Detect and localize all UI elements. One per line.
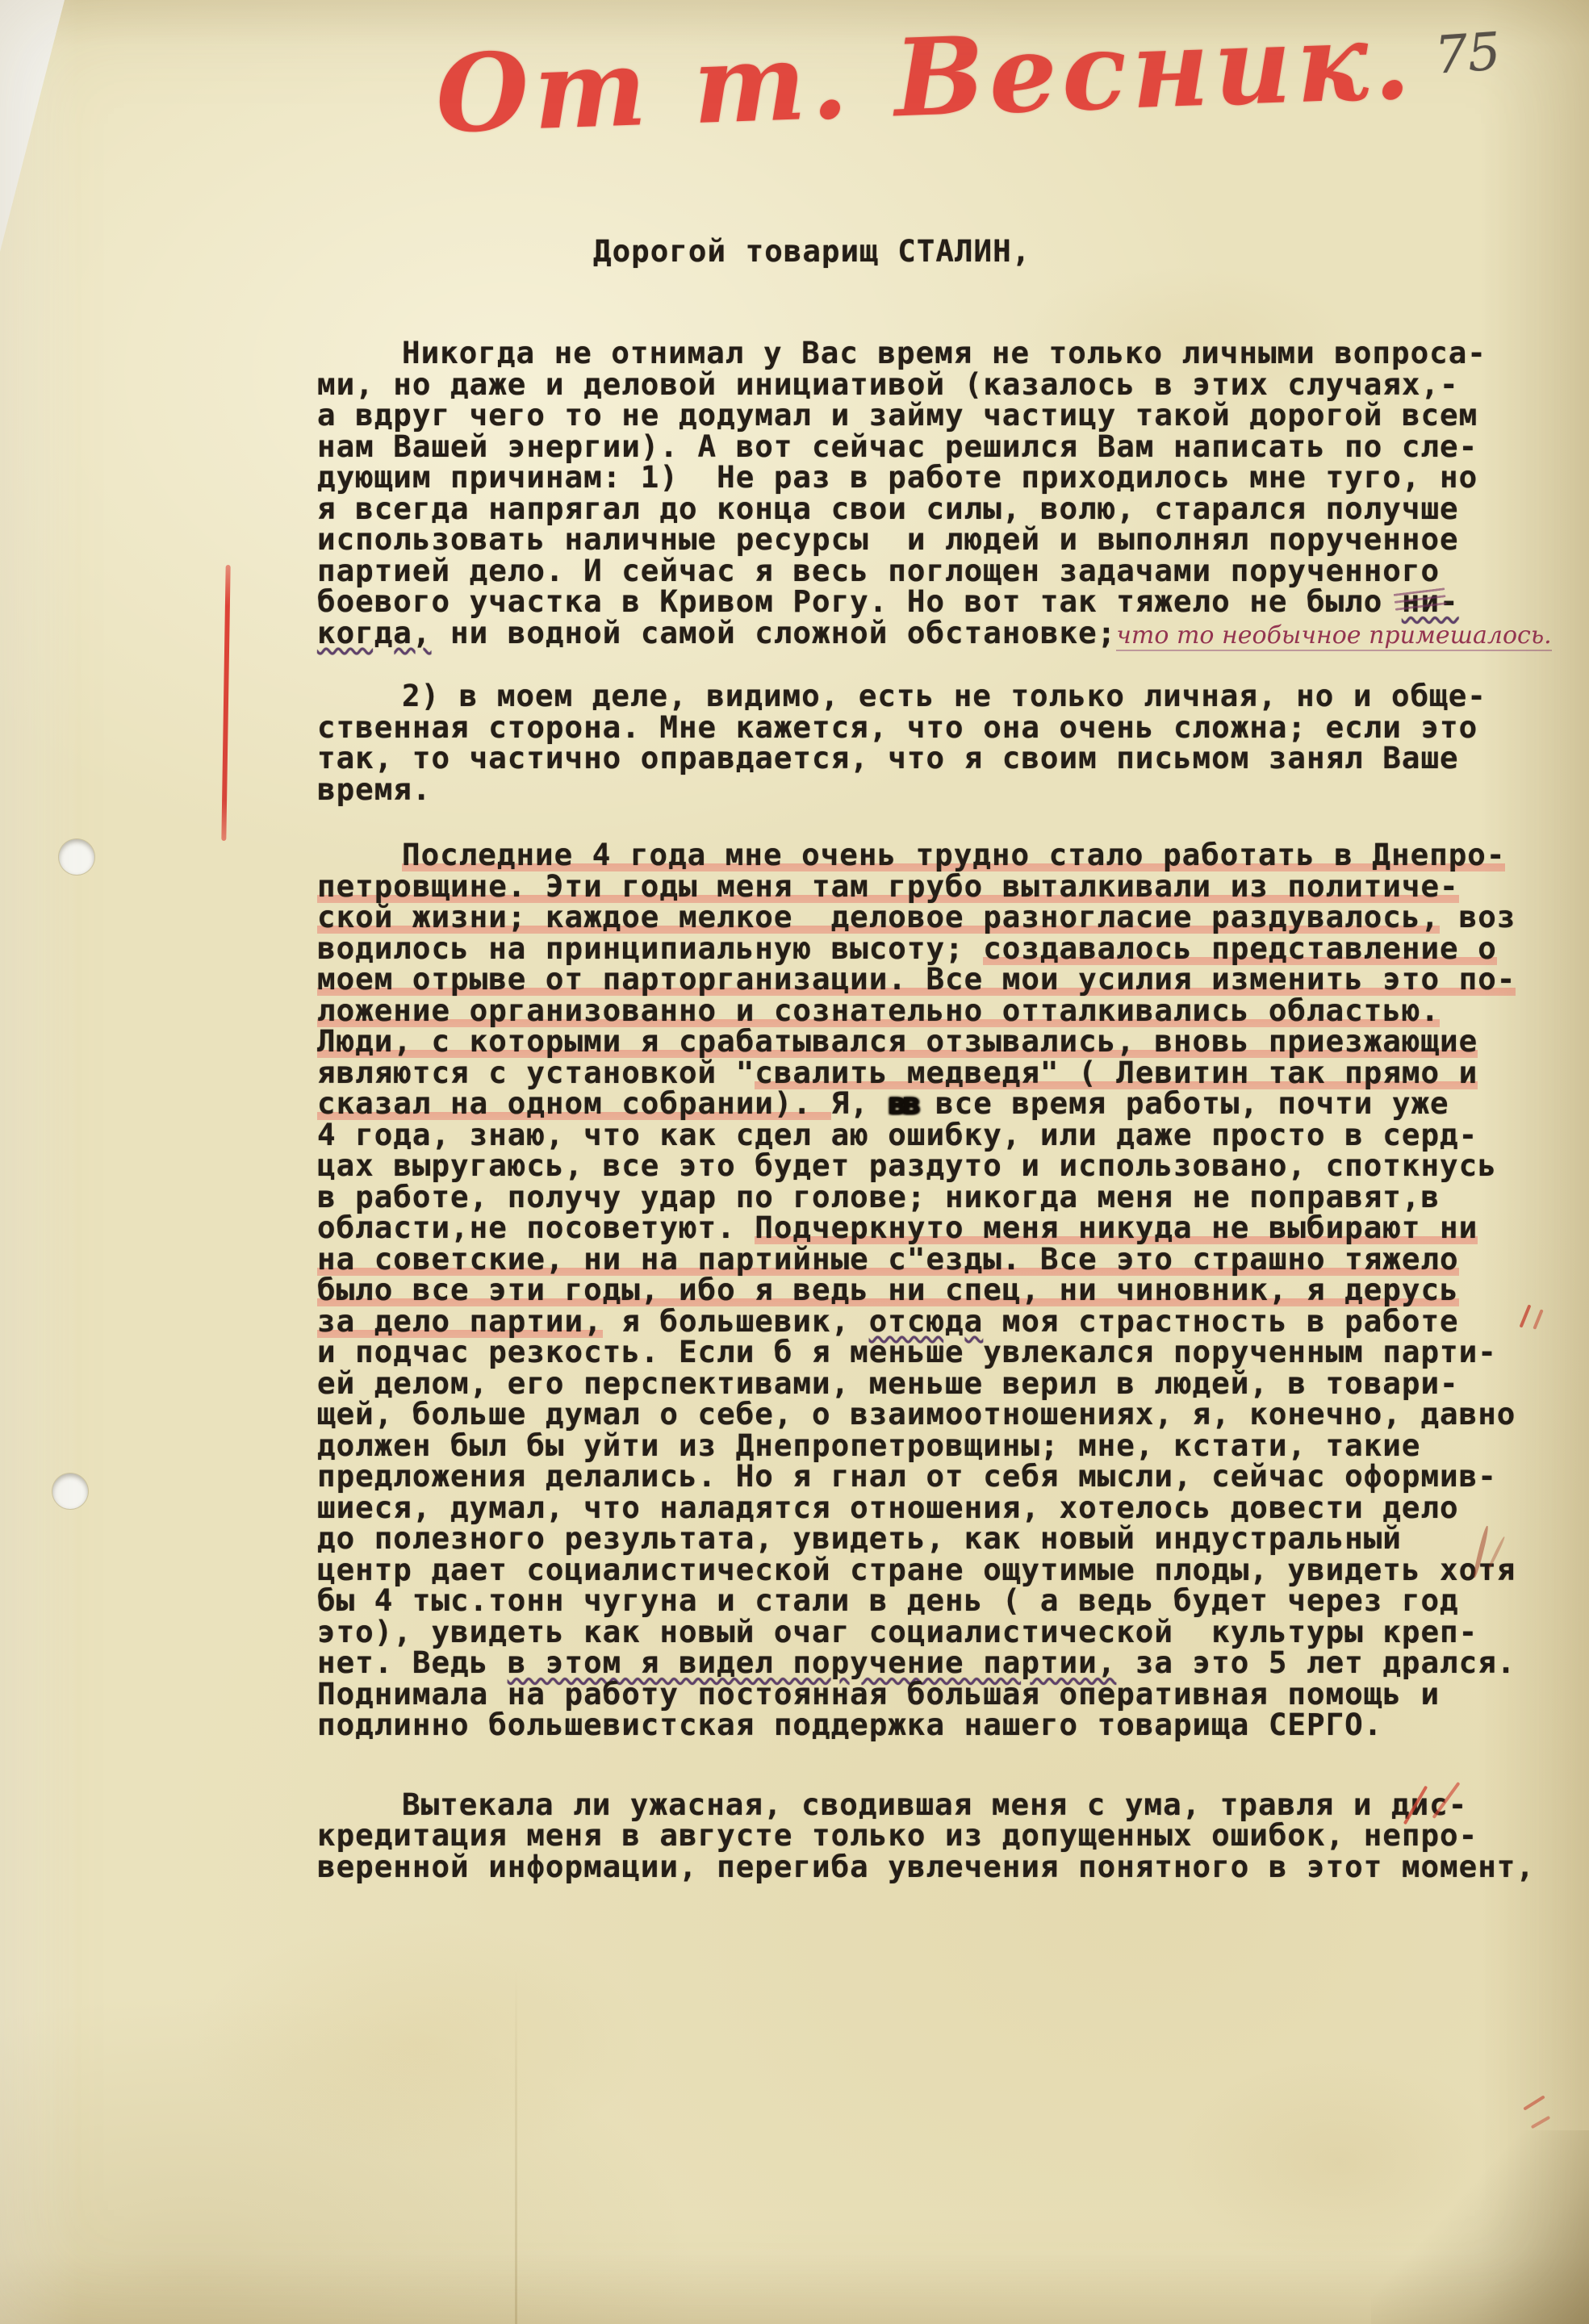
typed-line: кредитация меня в августе только из допу…: [317, 1820, 1552, 1851]
typed-segment: Никогда не отнимал у Вас время не только…: [402, 335, 1487, 370]
typed-segment: так, то частично оправдается, что я свои…: [317, 740, 1459, 775]
typed-segment: в работе, получу удар по голове; никогда…: [317, 1179, 1440, 1214]
typed-segment: петровщине. Эти годы меня там грубо выта…: [317, 868, 1459, 904]
typed-line: дующим причинам: 1) Не раз в работе прих…: [317, 462, 1552, 493]
typed-line: когда, ни водной самой сложной обстановк…: [317, 617, 1552, 649]
typed-line: ственная сторона. Мне кажется, что она о…: [317, 712, 1552, 743]
typed-segment: Я,: [831, 1085, 889, 1121]
typed-segment: предложения делались. Но я гнал от себя …: [317, 1458, 1497, 1494]
red-tick-mark: [1531, 2116, 1551, 2129]
handwritten-note: что то необычное примешалось.: [1116, 621, 1551, 651]
typed-line: предложения делались. Но я гнал от себя …: [317, 1461, 1552, 1492]
red-pencil-header-handwriting: От т. Весник.: [434, 6, 1325, 153]
corner-fold-shadow: [1371, 2130, 1589, 2324]
typed-segment: моем отрыве от парторганизации. Все мои …: [317, 961, 1516, 997]
typed-segment: было все эти годы, ибо я ведь ни спец, н…: [317, 1272, 1459, 1307]
typed-segment: 4 года, знаю, что как сдел аю ошибку, ил…: [317, 1117, 1478, 1152]
typed-segment: ской жизни; каждое мелкое деловое разног…: [317, 899, 1440, 934]
typed-segment: я большевик,: [603, 1303, 869, 1339]
typed-line: и подчас резкость. Если б я меньше увлек…: [317, 1336, 1552, 1368]
typed-segment: использовать наличные ресурсы и людей и …: [317, 521, 1459, 557]
typed-segment: Поднимала на работу постоянная большая о…: [317, 1676, 1440, 1712]
paragraph: Вытекала ли ужасная, сводившая меня с ум…: [317, 1789, 1552, 1883]
typed-line: Вытекала ли ужасная, сводившая меня с ум…: [317, 1789, 1552, 1820]
typed-segment: области,не посоветуют.: [317, 1210, 755, 1245]
typed-line: ложение организованно и сознательно отта…: [317, 995, 1552, 1026]
typed-segment: отсюда: [869, 1303, 983, 1339]
typed-line: должен был бы уйти из Днепропетровщины; …: [317, 1430, 1552, 1461]
typed-line: шиеся, думал, что наладятся отношения, х…: [317, 1492, 1552, 1524]
paper-stain: [194, 1921, 646, 2163]
typed-segment: 2) в моем деле, видимо, есть не только л…: [402, 678, 1487, 713]
typed-segment: вв: [888, 1085, 916, 1121]
typed-line: партией дело. И сейчас я весь поглощен з…: [317, 555, 1552, 587]
red-tick-mark: [1523, 2095, 1545, 2110]
typed-segment: водилось на принципиальную высоту;: [317, 930, 983, 966]
typed-line: сказал на одном собрании). Я, вв все вре…: [317, 1088, 1552, 1119]
typed-segment: моя страстность в работе: [983, 1303, 1458, 1339]
typed-segment: и подчас резкость. Если б я меньше увлек…: [317, 1334, 1497, 1369]
typed-letter-body: Никогда не отнимал у Вас время не только…: [317, 337, 1552, 1882]
typed-segment: нам Вашей энергии). А вот сейчас решился…: [317, 428, 1478, 464]
typed-segment: а вдруг чего то не додумал и займу части…: [317, 397, 1478, 433]
typed-segment: до полезного результата, увидеть, как но…: [317, 1520, 1402, 1556]
typed-segment: ложение организованно и сознательно отта…: [317, 993, 1440, 1028]
typed-line: подлинно большевистская поддержка нашего…: [317, 1709, 1552, 1741]
typed-segment: на советские, ни на партийные с"езды. Вс…: [317, 1241, 1459, 1277]
typed-line: цах выругаюсь, все это будет раздуто и и…: [317, 1150, 1552, 1181]
typed-segment: Подчеркнуто меня никуда не выбирают ни: [755, 1210, 1478, 1245]
typed-line: щей, больше думал о себе, о взаимоотноше…: [317, 1398, 1552, 1430]
typed-line: в работе, получу удар по голове; никогда…: [317, 1181, 1552, 1213]
typed-segment: подлинно большевистская поддержка нашего…: [317, 1707, 1382, 1742]
typed-segment: я всегда напрягал до конца свои силы, во…: [317, 491, 1459, 526]
typed-segment: свалить медведя" ( Левитин так прямо и: [755, 1055, 1478, 1090]
typed-line: ской жизни; каждое мелкое деловое разног…: [317, 901, 1552, 933]
salutation-line: Дорогой товарищ СТАЛИН,: [593, 236, 1031, 267]
typed-line: это), увидеть как новый очаг социалистич…: [317, 1616, 1552, 1648]
scanned-letter-page: От т. Весник. 75 Дорогой товарищ СТАЛИН,…: [0, 0, 1589, 2324]
paper-crease: [515, 1969, 517, 2324]
typed-line: являются с установкой "свалить медведя" …: [317, 1057, 1552, 1089]
typed-line: было все эти годы, ибо я ведь ни спец, н…: [317, 1274, 1552, 1306]
typed-line: веренной информации, перегиба увлечения …: [317, 1851, 1552, 1883]
typed-line: области,не посоветуют. Подчеркнуто меня …: [317, 1212, 1552, 1244]
paragraph: Последние 4 года мне очень трудно стало …: [317, 839, 1552, 1741]
typed-line: петровщине. Эти годы меня там грубо выта…: [317, 871, 1552, 902]
typed-segment: это), увидеть как новый очаг социалистич…: [317, 1614, 1478, 1649]
scanner-corner-top-left: [0, 0, 74, 258]
typed-segment: сказал на одном собрании).: [317, 1085, 831, 1121]
typed-line: я всегда напрягал до конца свои силы, во…: [317, 493, 1552, 525]
typed-segment: веренной информации, перегиба увлечения …: [317, 1849, 1535, 1884]
typed-segment: за это 5 лет дрался.: [1116, 1645, 1516, 1680]
typed-line: водилось на принципиальную высоту; созда…: [317, 933, 1552, 964]
hole-punch-top: [59, 839, 94, 875]
typed-segment: партией дело. И сейчас я весь поглощен з…: [317, 553, 1440, 588]
typed-line: бы 4 тыс.тонн чугуна и стали в день ( а …: [317, 1585, 1552, 1616]
typed-segment: ми, но даже и деловой инициативой (казал…: [317, 366, 1459, 402]
typed-line: ей делом, его перспективами, меньше вери…: [317, 1368, 1552, 1399]
typed-line: так, то частично оправдается, что я свои…: [317, 742, 1552, 774]
typed-segment: когда,: [317, 615, 431, 650]
typed-line: 2) в моем деле, видимо, есть не только л…: [317, 680, 1552, 712]
typed-line: боевого участка в Кривом Рогу. Но вот та…: [317, 586, 1552, 617]
typed-line: центр дает социалистической стране ощути…: [317, 1554, 1552, 1586]
typed-segment: создавалось представление о: [983, 930, 1497, 966]
paragraph: Никогда не отнимал у Вас время не только…: [317, 337, 1552, 648]
typed-segment: являются с установкой ": [317, 1055, 755, 1090]
typed-segment: нет. Ведь: [317, 1645, 508, 1680]
typed-segment: Последние 4 года мне очень трудно стало …: [402, 837, 1505, 872]
typed-line: на советские, ни на партийные с"езды. Вс…: [317, 1244, 1552, 1275]
typed-line: использовать наличные ресурсы и людей и …: [317, 524, 1552, 555]
typed-line: Последние 4 года мне очень трудно стало …: [317, 839, 1552, 871]
typed-line: Поднимала на работу постоянная большая о…: [317, 1678, 1552, 1710]
typed-segment: время.: [317, 771, 431, 807]
typed-line: а вдруг чего то не додумал и займу части…: [317, 399, 1552, 431]
typed-segment: бы 4 тыс.тонн чугуна и стали в день ( а …: [317, 1582, 1459, 1618]
typed-segment: ни водной самой сложной обстановке;: [431, 615, 1116, 650]
typed-segment: Люди, с которыми я срабатывался отзывали…: [317, 1023, 1478, 1059]
typed-line: за дело партии, я большевик, отсюда моя …: [317, 1306, 1552, 1337]
typed-line: время.: [317, 774, 1552, 805]
typed-segment: ственная сторона. Мне кажется, что она о…: [317, 709, 1478, 745]
typed-line: Никогда не отнимал у Вас время не только…: [317, 337, 1552, 369]
typed-line: нет. Ведь в этом я видел поручение парти…: [317, 1647, 1552, 1678]
red-margin-line: [221, 565, 230, 841]
typed-segment: ей делом, его перспективами, меньше вери…: [317, 1365, 1459, 1401]
hole-punch-bottom: [52, 1473, 88, 1509]
typed-line: Люди, с которыми я срабатывался отзывали…: [317, 1026, 1552, 1057]
typed-segment: за дело партии,: [317, 1303, 603, 1339]
typed-line: нам Вашей энергии). А вот сейчас решился…: [317, 431, 1552, 462]
typed-segment: Вытекала ли ужасная, сводившая меня с ум…: [402, 1787, 1467, 1822]
paragraph: 2) в моем деле, видимо, есть не только л…: [317, 680, 1552, 805]
typed-segment: кредитация меня в августе только из допу…: [317, 1817, 1478, 1853]
typed-segment: боевого участка в Кривом Рогу. Но вот та…: [317, 583, 1402, 619]
typed-segment: должен был бы уйти из Днепропетровщины; …: [317, 1427, 1420, 1463]
typed-segment: воз: [1440, 899, 1516, 934]
typed-segment: цах выругаюсь, все это будет раздуто и и…: [317, 1147, 1497, 1183]
typed-segment: щей, больше думал о себе, о взаимоотноше…: [317, 1396, 1516, 1432]
typed-segment: все время работы, почти уже: [916, 1085, 1449, 1121]
typed-line: моем отрыве от парторганизации. Все мои …: [317, 963, 1552, 995]
typed-line: 4 года, знаю, что как сдел аю ошибку, ил…: [317, 1119, 1552, 1151]
typed-segment: дующим причинам: 1) Не раз в работе прих…: [317, 459, 1478, 495]
page-number-pencil: 75: [1433, 22, 1503, 86]
typed-line: ми, но даже и деловой инициативой (казал…: [317, 369, 1552, 400]
typed-segment: шиеся, думал, что наладятся отношения, х…: [317, 1490, 1459, 1525]
typed-segment: центр дает социалистической стране ощути…: [317, 1552, 1516, 1587]
typed-line: до полезного результата, увидеть, как но…: [317, 1523, 1552, 1554]
typed-segment: в этом я видел поручение партии,: [508, 1645, 1116, 1680]
